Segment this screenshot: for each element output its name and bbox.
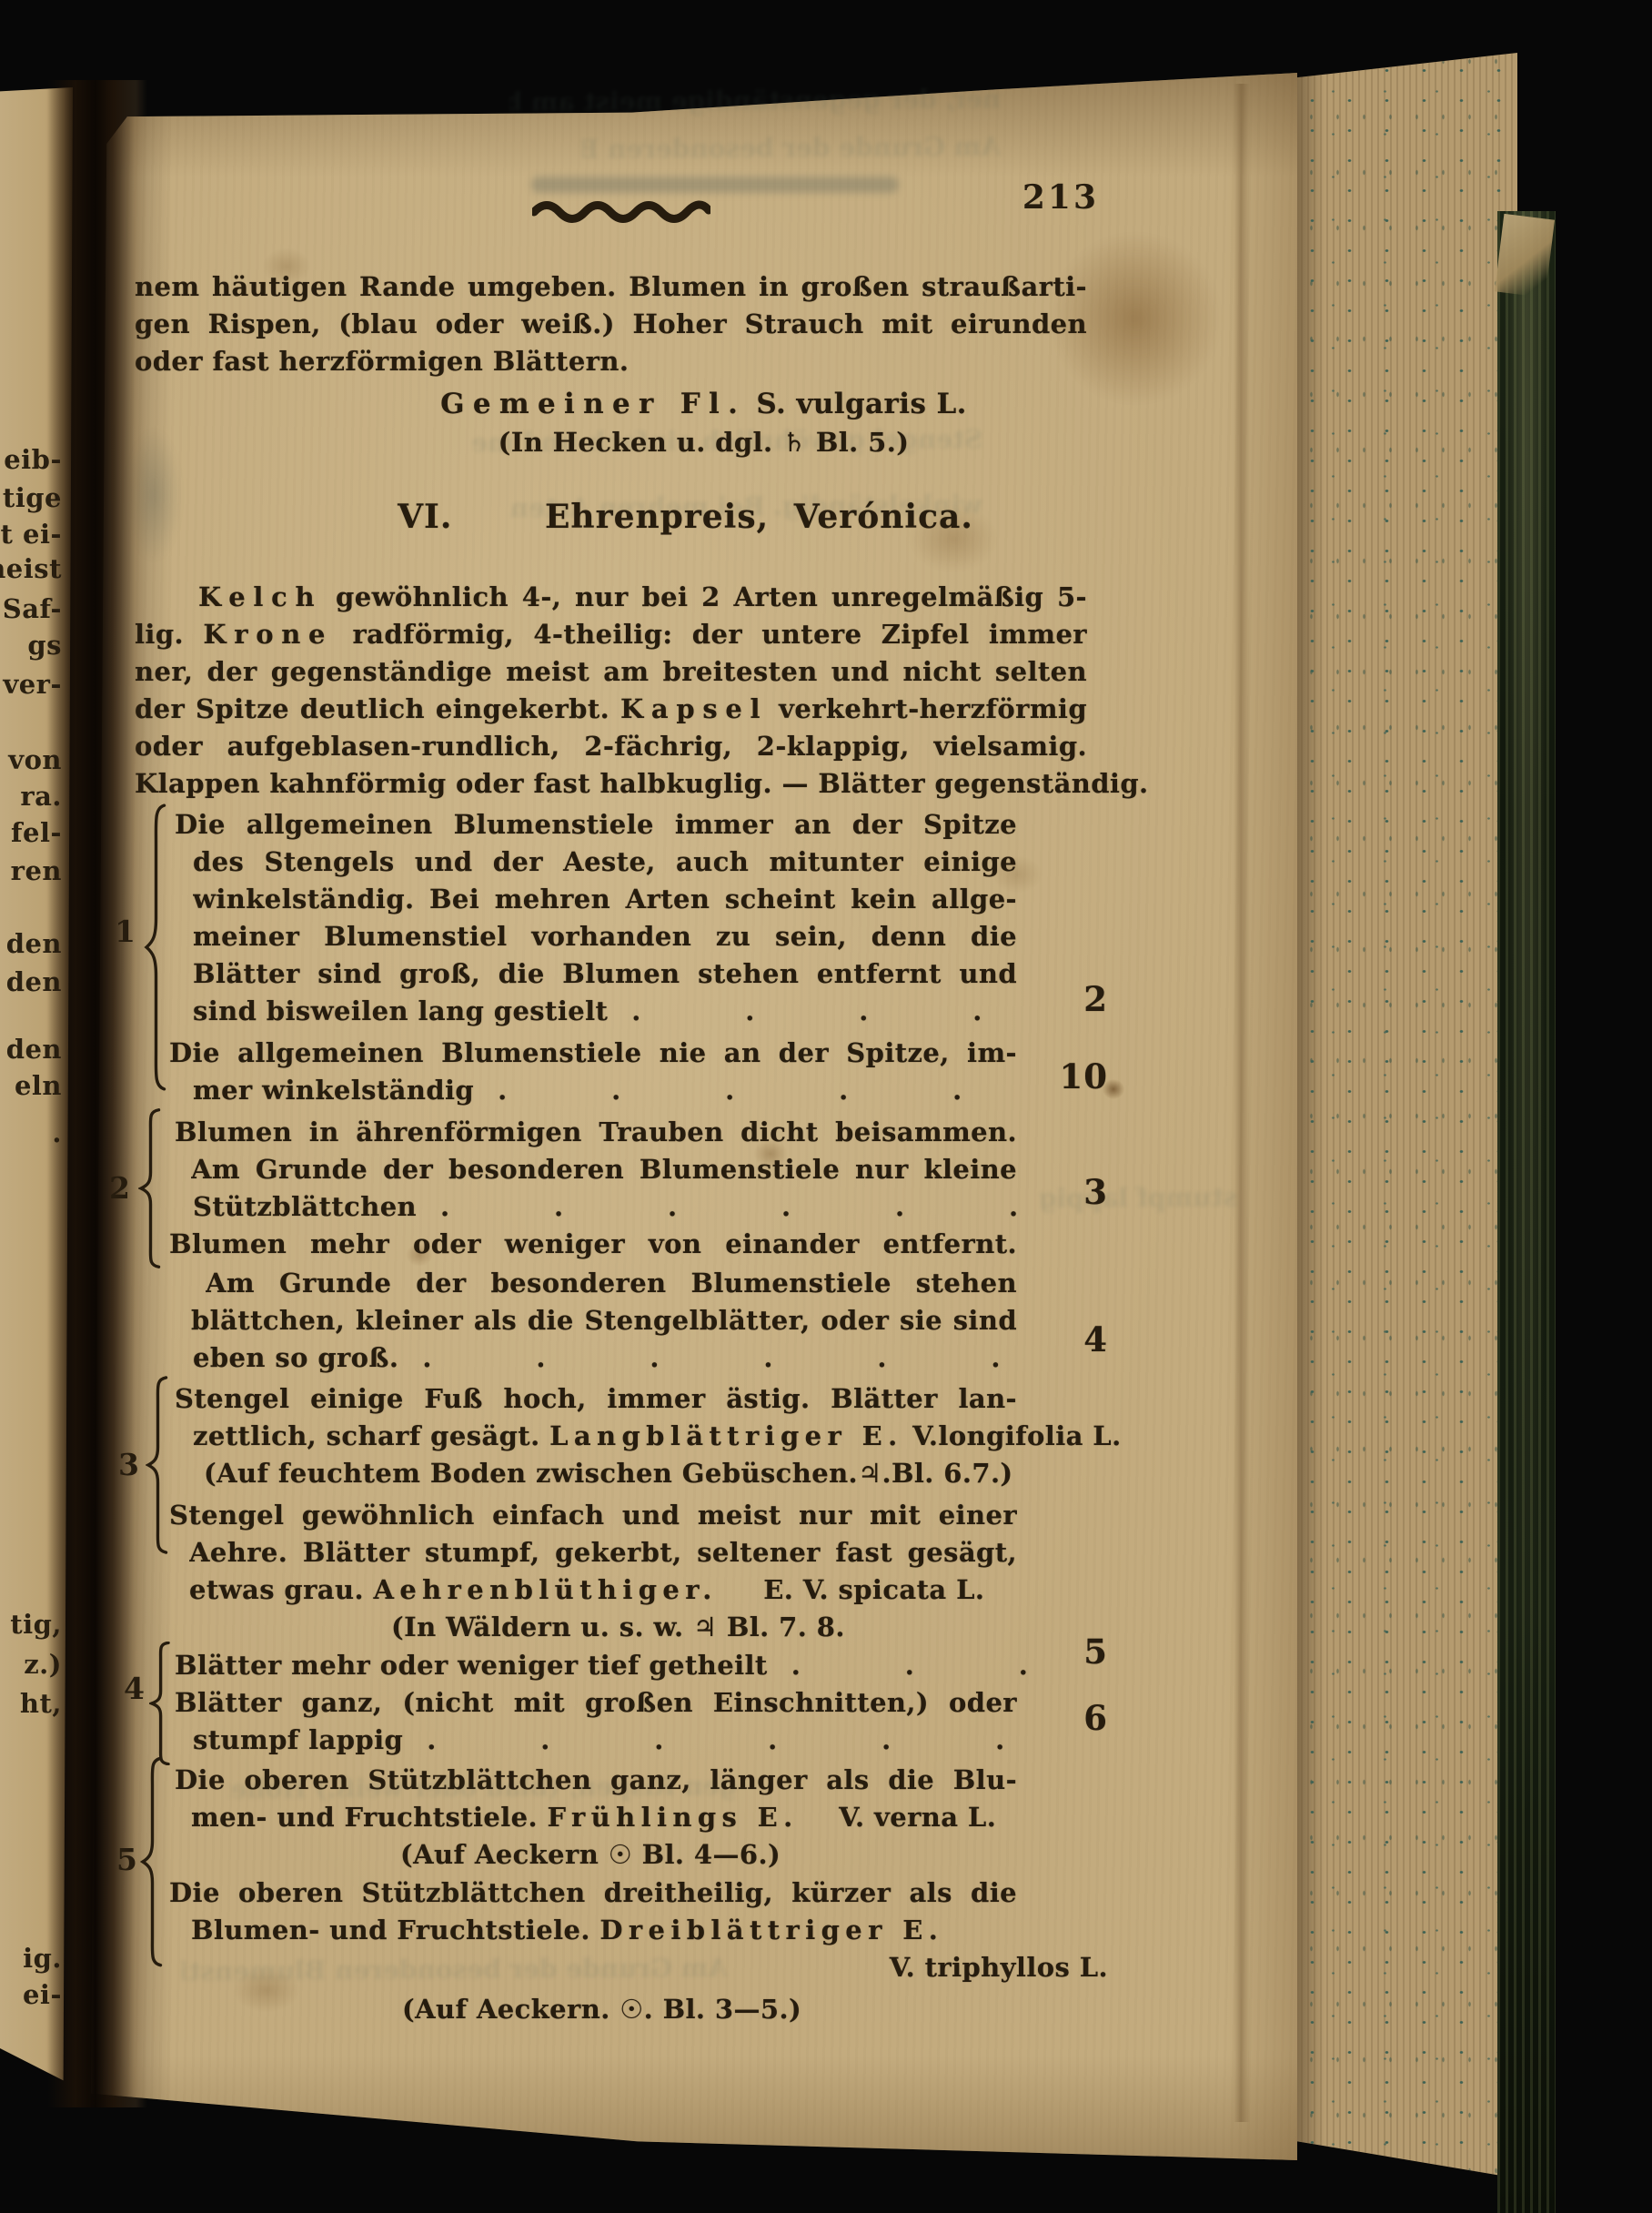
key-line: Blumen in ährenförmigen Trauben dicht be… (175, 1114, 1017, 1150)
habitat-text: . Bl. 3—5.) (644, 1994, 802, 2025)
closing-habitat-line: (Auf Aeckern. ☉. Bl. 3—5.) (402, 1991, 801, 2027)
jupiter-symbol: ♃ (858, 1458, 881, 1489)
intro-paragraph-line: nem häutigen Rande umgeben. Blumen in gr… (135, 268, 1087, 305)
key-ref-number: 6 (1012, 1698, 1108, 1738)
key-line: winkelständig. Bei mehren Arten scheint … (193, 881, 1017, 917)
species-latin-name: S. vulgaris L. (756, 388, 967, 420)
genus-text: gewöhnlich 4-, nur bei 2 Arten unregelmä… (198, 581, 1087, 615)
habitat-text: .Bl. 6.7.) (881, 1458, 1012, 1489)
key-text: men- und Fruchtstiele. (191, 1802, 548, 1833)
key-line: stumpf lappig. . . . . . . (193, 1722, 1048, 1758)
key-line: (Auf Aeckern ☉ Bl. 4—6.) (400, 1836, 781, 1873)
key-line: Die oberen Stützblättchen ganz, länger a… (175, 1762, 1017, 1798)
habitat-text: (Auf Aeckern. (402, 1994, 619, 2025)
habitat-text: (In Hecken u. dgl. (499, 427, 782, 458)
genus-text: verkehrt-herzförmig (768, 693, 1087, 724)
key-line: mer winkelständig. . . . . . . (193, 1072, 1048, 1108)
species-latin-name: V. triphyllos L. (819, 1949, 1108, 1986)
section-heading: VI. Ehrenpreis, Verónica. (209, 499, 1162, 535)
species-name-line: Gemeiner Fl. S. vulgaris L. (227, 386, 1180, 422)
key-line: meiner Blumenstiel vorhanden zu sein, de… (193, 918, 1017, 955)
key-line: Blätter mehr oder weniger tief getheilt.… (175, 1647, 1048, 1683)
key-line: Die allgemeinen Blumenstiele nie an der … (169, 1035, 1017, 1071)
key-line: Aehre. Blätter stumpf, gekerbt, seltener… (189, 1534, 1017, 1571)
species-latin-name: E. V. spicata L. (763, 1574, 984, 1605)
key-line: Stengel einige Fuß hoch, immer ästig. Bl… (175, 1380, 1017, 1417)
key-line: Stützblättchen. . . . . . . (193, 1188, 1048, 1225)
key-entry-number: 2 (109, 1170, 130, 1206)
key-line: Am Grunde der besonderen Blumenstiele nu… (191, 1151, 1017, 1187)
key-text: Blumen- und Fruchtstiele. (191, 1915, 599, 1945)
key-line: Blätter ganz, (nicht mit großen Einschni… (175, 1684, 1017, 1721)
key-line: eben so groß.. . . . . . . (193, 1339, 1048, 1376)
key-line: blättchen, kleiner als die Stengelblätte… (191, 1302, 1017, 1339)
species-german-name: Langblättriger E. (549, 1420, 902, 1451)
key-ref-number: 3 (1012, 1172, 1108, 1212)
key-ref-number: 2 (1012, 979, 1108, 1019)
key-line: etwas grau. Aehrenblüthiger. E. V. spica… (189, 1571, 984, 1608)
habitat-text: Bl. 4—6.) (632, 1839, 781, 1870)
key-line: (Auf feuchtem Boden zwischen Gebüschen.♃… (204, 1455, 1013, 1491)
species-german-name: Frühlings E. (548, 1802, 799, 1833)
key-entry-number: 4 (124, 1671, 145, 1706)
species-german-name: Aehrenblüthiger. (373, 1574, 717, 1605)
genus-description-line: Kelch gewöhnlich 4-, nur bei 2 Arten unr… (198, 579, 1087, 615)
page-content: 213 nem häutigen Rande umgeben. Blumen i… (0, 0, 1652, 2213)
dot-leader: . . . . . . . (427, 1722, 1048, 1758)
key-line: Blätter sind groß, die Blumen stehen ent… (193, 955, 1017, 992)
dot-leader: . . . . . (631, 993, 1048, 1029)
key-entry-number: 5 (116, 1842, 137, 1877)
key-line: Blumen mehr oder weniger von einander en… (169, 1226, 1017, 1262)
saturn-symbol: ♄ (782, 427, 806, 458)
key-ref-number: 10 (1012, 1056, 1108, 1096)
intro-paragraph-line: oder fast herzförmigen Blättern. (135, 343, 629, 379)
key-brace (140, 1756, 167, 1967)
section-ornament-wavy-rule (532, 197, 710, 224)
habitat-text: (Auf Aeckern (400, 1839, 609, 1870)
species-latin-name: V. verna L. (839, 1802, 996, 1833)
term-kapsel: Kapsel (620, 693, 768, 724)
genus-german-name: Ehrenpreis, (545, 498, 769, 536)
page-number: 213 (999, 178, 1099, 217)
key-line: sind bisweilen lang gestielt. . . . . (193, 993, 1048, 1029)
key-entry-number: 1 (115, 914, 136, 949)
key-line: men- und Fruchtstiele. Frühlings E. V. v… (191, 1799, 996, 1835)
key-text: stumpf lappig (193, 1722, 403, 1758)
scanned-book-photo: { "page_number": "213", "prev_page_edge"… (0, 0, 1652, 2213)
key-brace (138, 1108, 166, 1268)
key-brace (149, 1642, 175, 1765)
key-brace (144, 803, 171, 1092)
species-latin-name: V.longifolia L. (912, 1420, 1122, 1451)
key-ref-number: 4 (1012, 1319, 1108, 1359)
species-german-name: Gemeiner Fl. (440, 388, 746, 420)
key-line: (In Wäldern u. s. w. ♃ Bl. 7. 8. (391, 1609, 845, 1645)
key-line: Am Grunde der besonderen Blumenstiele st… (206, 1265, 1017, 1301)
key-entry-number: 3 (118, 1447, 139, 1482)
term-krone: Krone (203, 619, 333, 650)
habitat-line: (In Hecken u. dgl. ♄ Bl. 5.) (227, 424, 1180, 460)
habitat-text: (In Wäldern u. s. w. (391, 1612, 693, 1642)
habitat-text: (Auf feuchtem Boden zwischen Gebüschen. (204, 1458, 858, 1489)
term-kelch: Kelch (198, 581, 322, 612)
genus-text: lig. (135, 619, 203, 650)
genus-description-line: lig. Krone radförmig, 4-theilig: der unt… (135, 616, 1087, 652)
dot-leader: . . . . . . . (440, 1188, 1048, 1225)
jupiter-symbol: ♃ (693, 1612, 717, 1642)
key-line: Die allgemeinen Blumenstiele immer an de… (175, 806, 1017, 843)
genus-description-line: der Spitze deutlich eingekerbt. Kapsel v… (135, 691, 1087, 727)
key-text: eben so groß. (193, 1339, 398, 1376)
genus-text: der Spitze deutlich eingekerbt. (135, 693, 620, 724)
dot-leader: . . . . . . . (498, 1072, 1048, 1108)
genus-description-line: oder aufgeblasen-rundlich, 2-fächrig, 2-… (135, 728, 1087, 764)
species-german-name: Dreiblättriger E. (599, 1915, 943, 1945)
section-numeral: VI. (398, 498, 452, 536)
key-text: zettlich, scharf gesägt. (193, 1420, 549, 1451)
key-line: Blumen- und Fruchtstiele. Dreiblättriger… (191, 1912, 943, 1948)
key-text: Blätter mehr oder weniger tief getheilt (175, 1647, 768, 1683)
habitat-text: Bl. 5.) (806, 427, 909, 458)
key-line: zettlich, scharf gesägt. Langblättriger … (193, 1418, 1122, 1454)
key-text: Stützblättchen (193, 1188, 417, 1225)
dot-leader: . . . . . . . (422, 1339, 1048, 1376)
key-line: Stengel gewöhnlich einfach und meist nur… (169, 1497, 1017, 1533)
key-line: Die oberen Stützblättchen dreitheilig, k… (169, 1874, 1017, 1911)
sun-symbol: ☉ (609, 1839, 632, 1870)
dot-leader: . . . . (791, 1647, 1048, 1683)
key-text: etwas grau. (189, 1574, 373, 1605)
habitat-text: Bl. 7. 8. (717, 1612, 844, 1642)
intro-paragraph-line: gen Rispen, (blau oder weiß.) Hoher Stra… (135, 306, 1087, 342)
genus-latin-name: Verónica. (794, 498, 973, 536)
key-line: des Stengels und der Aeste, auch mitunte… (193, 844, 1017, 880)
genus-description-line: ner, der gegenständige meist am breitest… (135, 653, 1087, 690)
sun-symbol: ☉ (619, 1994, 643, 2025)
genus-description-line: Klappen kahnförmig oder fast halbkuglig.… (135, 765, 1149, 802)
key-ref-number: 5 (1012, 1632, 1108, 1672)
key-text: sind bisweilen lang gestielt (193, 993, 608, 1029)
key-text: mer winkelständig (193, 1072, 474, 1108)
